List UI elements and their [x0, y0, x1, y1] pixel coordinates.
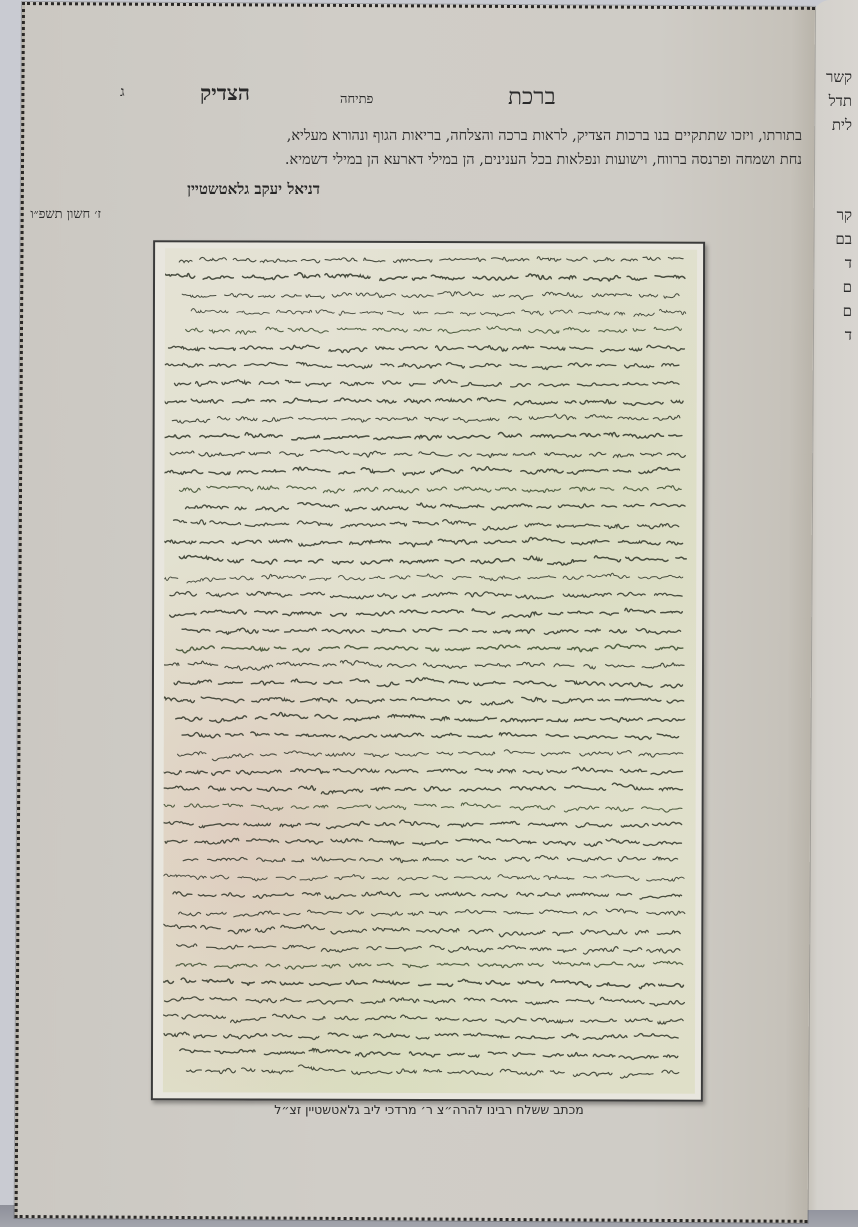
header-section: פתיחה: [340, 91, 373, 107]
author-signature: דניאל יעקב גלאטשטיין: [187, 180, 320, 199]
body-paragraph: בתורתו, ויזכו שתתקיים בנו ברכות הצדיק, ל…: [112, 124, 802, 172]
adjacent-page-fragment: ד: [845, 256, 852, 271]
adjacent-page-fragment: בם: [835, 232, 852, 247]
handwriting-strokes: [163, 248, 697, 1093]
header-title-left: הצדיק: [200, 80, 250, 106]
header-title-right: ברכת: [508, 84, 556, 110]
running-header: ברכת פתיחה הצדיק ג: [0, 88, 858, 118]
handwritten-letter-figure: [151, 240, 705, 1101]
adjacent-page-fragment: ם: [843, 304, 852, 319]
signature-date: ז׳ חשון תשפ״ו: [30, 206, 101, 222]
figure-caption: מכתב ששלח רבינו להרה״צ ר׳ מרדכי ליב גלאט…: [0, 1102, 858, 1117]
adjacent-page-fragment: ד: [845, 328, 852, 343]
adjacent-page-fragment: ם: [843, 280, 852, 295]
page-number: ג: [120, 84, 125, 101]
body-line: נחת ושמחה ופרנסה ברווח, וישועות ונפלאות …: [112, 148, 802, 172]
body-line: בתורתו, ויזכו שתתקיים בנו ברכות הצדיק, ל…: [112, 124, 802, 148]
adjacent-page-fragment: לית: [832, 118, 852, 133]
adjacent-page-fragment: קשר: [826, 70, 852, 85]
adjacent-page-fragment: קר: [837, 208, 852, 223]
manuscript-image: [163, 248, 697, 1093]
